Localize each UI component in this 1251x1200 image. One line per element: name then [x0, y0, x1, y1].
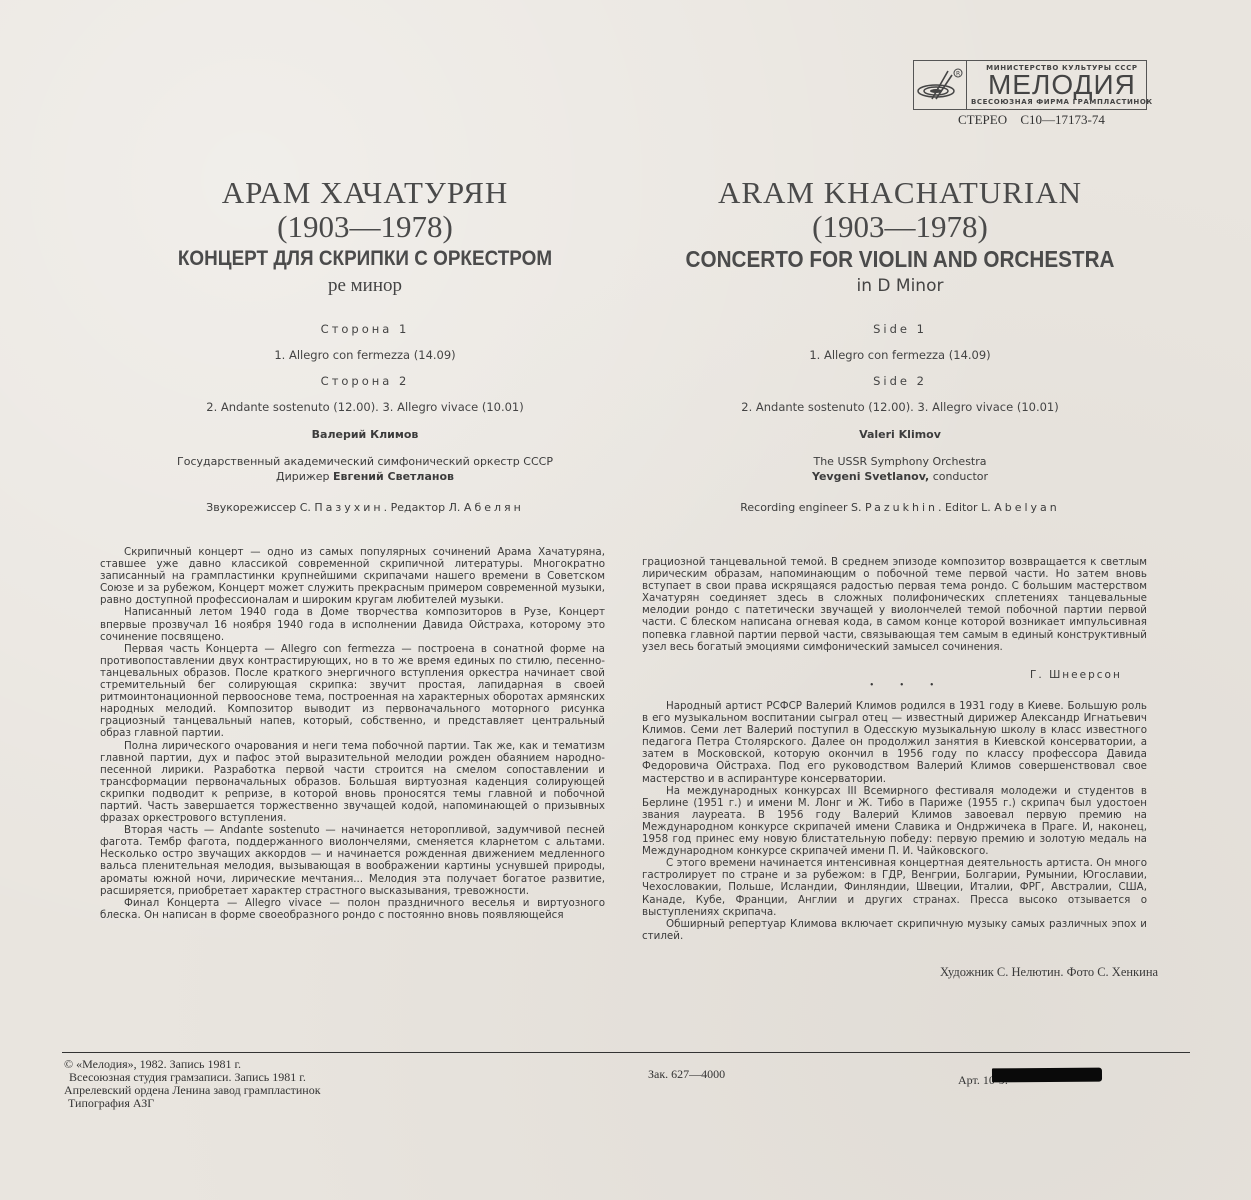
composer-en: ARAM KHACHATURIAN: [620, 176, 1180, 210]
section-separator: • • •: [870, 680, 946, 691]
bio-paragraph: На международных конкурсах III Всемирног…: [642, 785, 1147, 858]
soloist-en: Valeri Klimov: [620, 428, 1180, 441]
soloist-ru: Валерий Климов: [95, 428, 635, 441]
credits-ru: Звукорежиссер С. Пазухин. Редактор Л. Аб…: [95, 501, 635, 514]
notes-paragraph: Финал Концерта — Allegro vivace — полон …: [100, 897, 605, 921]
side2-label-ru: Сторона 2: [95, 374, 635, 388]
liner-notes-left: Скрипичный концерт — одно из самых попул…: [100, 546, 605, 921]
tracklist-en: Side 1 1. Allegro con fermezza (14.09) S…: [620, 322, 1180, 514]
conductor-en: Yevgeni Svetlanov,: [812, 470, 929, 483]
side2-tracks-en: 2. Andante sostenuto (12.00). 3. Allegro…: [620, 400, 1180, 414]
work-title-ru: КОНЦЕРТ ДЛЯ СКРИПКИ С ОРКЕСТРОМ: [122, 244, 608, 274]
logo-company: ВСЕСОЮЗНАЯ ФИРМА ГРАМПЛАСТИНОК: [971, 98, 1153, 106]
catalog-number: С10—17173-74: [1020, 112, 1105, 127]
work-title-en: CONCERTO FOR VIOLIN AND ORCHESTRA: [648, 244, 1152, 274]
conductor-line-en: Yevgeni Svetlanov, conductor: [620, 470, 1180, 483]
notes-paragraph: Первая часть Концерта — Allegro con ferm…: [100, 643, 605, 740]
notes-paragraph: Полна лирического очарования и неги тема…: [100, 740, 605, 825]
notes-continuation: грациозной танцевальной темой. В среднем…: [642, 556, 1147, 653]
svg-text:R: R: [956, 71, 960, 78]
composer-ru: АРАМ ХАЧАТУРЯН: [95, 176, 635, 210]
melodiya-record-icon: R: [914, 61, 967, 109]
tracklist-ru: Сторона 1 1. Allegro con fermezza (14.09…: [95, 322, 635, 514]
years-en: (1903—1978): [620, 210, 1180, 244]
melodiya-logo: R МИНИСТЕРСТВО КУЛЬТУРЫ СССР МЕЛОДИЯ ВСЕ…: [913, 60, 1147, 110]
design-photo-credit: Художник С. Нелютин. Фото С. Хенкина: [940, 965, 1158, 980]
orchestra-ru: Государственный академический симфоничес…: [95, 455, 635, 468]
conductor-ru: Евгений Светланов: [333, 470, 454, 483]
liner-notes-right: грациозной танцевальной темой. В среднем…: [642, 556, 1147, 653]
key-ru: ре минор: [95, 274, 635, 298]
notes-paragraph: Скрипичный концерт — одно из самых попул…: [100, 546, 605, 606]
orchestra-en: The USSR Symphony Orchestra: [620, 455, 1180, 468]
key-en: in D Minor: [620, 274, 1180, 298]
bio-paragraph: С этого времени начинается интенсивная к…: [642, 857, 1147, 917]
notes-paragraph: Написанный летом 1940 года в Доме творче…: [100, 606, 605, 642]
years-ru: (1903—1978): [95, 210, 635, 244]
redacted-price: [992, 1068, 1102, 1083]
side1-tracks-ru: 1. Allegro con fermezza (14.09): [95, 348, 635, 362]
footer-divider: [62, 1052, 1190, 1053]
side1-label-ru: Сторона 1: [95, 322, 635, 336]
conductor-line-ru: Дирижер Евгений Светланов: [95, 470, 635, 483]
side2-label-en: Side 2: [620, 374, 1180, 388]
notes-author: Г. Шнеерсон: [1030, 669, 1122, 681]
imprint-block: © «Мелодия», 1982. Запись 1981 г. Всесою…: [64, 1058, 321, 1110]
russian-header: АРАМ ХАЧАТУРЯН (1903—1978) КОНЦЕРТ ДЛЯ С…: [95, 176, 635, 298]
bio-paragraph: Народный артист РСФСР Валерий Климов род…: [642, 700, 1147, 785]
side1-tracks-en: 1. Allegro con fermezza (14.09): [620, 348, 1180, 362]
order-number: Зак. 627—4000: [648, 1067, 725, 1082]
logo-name: МЕЛОДИЯ: [988, 72, 1136, 98]
notes-paragraph: Вторая часть — Andante sostenuto — начин…: [100, 824, 605, 897]
stereo-label: СТЕРЕО: [958, 112, 1007, 127]
printer-line: Типография АЗГ: [64, 1097, 321, 1110]
credits-en: Recording engineer S. Pazukhin. Editor L…: [620, 501, 1180, 514]
catalog-line: СТЕРЕО С10—17173-74: [958, 112, 1105, 128]
soloist-biography: Народный артист РСФСР Валерий Климов род…: [642, 700, 1147, 942]
bio-paragraph: Обширный репертуар Климова включает скри…: [642, 918, 1147, 942]
side2-tracks-ru: 2. Andante sostenuto (12.00). 3. Allegro…: [95, 400, 635, 414]
english-header: ARAM KHACHATURIAN (1903—1978) CONCERTO F…: [620, 176, 1180, 298]
side1-label-en: Side 1: [620, 322, 1180, 336]
